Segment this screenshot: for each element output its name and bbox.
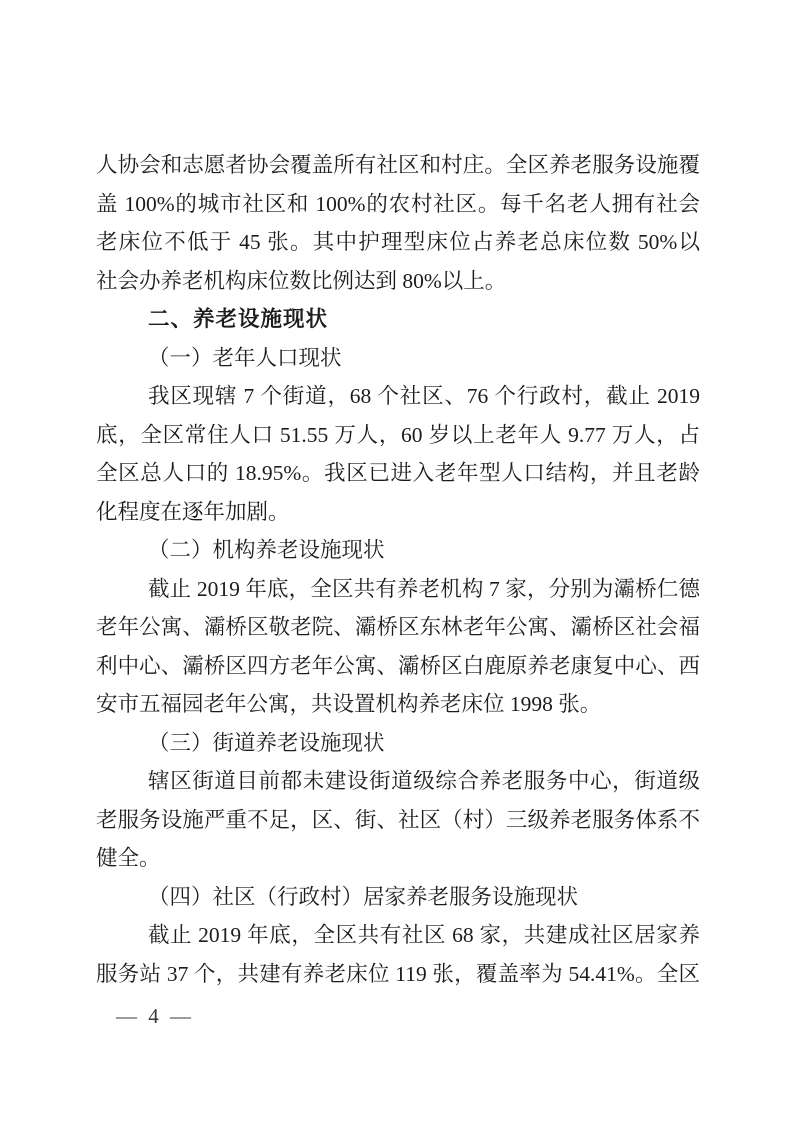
text-line: （三）街道养老设施现状 bbox=[96, 724, 700, 763]
text-line: 人协会和志愿者协会覆盖所有社区和村庄。全区养老服务设施覆 bbox=[96, 146, 700, 185]
body-paragraph: 我区现辖 7 个街道，68 个社区、76 个行政村，截止 2019 年底，全区常… bbox=[96, 377, 700, 531]
subsection-heading: （一）老年人口现状 bbox=[96, 339, 700, 378]
subsection-heading: （二）机构养老设施现状 bbox=[96, 531, 700, 570]
subsection-heading: （三）街道养老设施现状 bbox=[96, 724, 700, 763]
text-line: 老服务设施严重不足，区、街、社区（村）三级养老服务体系不 bbox=[96, 801, 700, 840]
body-paragraph: 辖区街道目前都未建设街道级综合养老服务中心，街道级养老服务设施严重不足，区、街、… bbox=[96, 762, 700, 878]
text-line: 利中心、灞桥区四方老年公寓、灞桥区白鹿原养老康复中心、西 bbox=[96, 647, 700, 686]
body-paragraph: 截止 2019 年底，全区共有养老机构 7 家，分别为灞桥仁德老年公寓、灞桥区敬… bbox=[96, 570, 700, 724]
body-paragraph: 人协会和志愿者协会覆盖所有社区和村庄。全区养老服务设施覆盖 100%的城市社区和… bbox=[96, 146, 700, 300]
text-line: 底，全区常住人口 51.55 万人，60 岁以上老年人 9.77 万人，占 bbox=[96, 416, 700, 455]
text-line: （四）社区（行政村）居家养老服务设施现状 bbox=[96, 878, 700, 917]
document-body: 人协会和志愿者协会覆盖所有社区和村庄。全区养老服务设施覆盖 100%的城市社区和… bbox=[96, 146, 700, 993]
subsection-heading: （四）社区（行政村）居家养老服务设施现状 bbox=[96, 878, 700, 917]
body-paragraph: 截止 2019 年底，全区共有社区 68 家，共建成社区居家养老服务站 37 个… bbox=[96, 916, 700, 993]
text-line: 我区现辖 7 个街道，68 个社区、76 个行政村，截止 2019 年 bbox=[96, 377, 700, 416]
text-line: （一）老年人口现状 bbox=[96, 339, 700, 378]
text-line: 健全。 bbox=[96, 839, 700, 878]
text-line: （二）机构养老设施现状 bbox=[96, 531, 700, 570]
text-line: 截止 2019 年底，全区共有养老机构 7 家，分别为灞桥仁德 bbox=[96, 570, 700, 609]
page-number: — 4 — bbox=[116, 1002, 194, 1030]
text-line: 老年公寓、灞桥区敬老院、灞桥区东林老年公寓、灞桥区社会福 bbox=[96, 608, 700, 647]
text-line: 化程度在逐年加剧。 bbox=[96, 493, 700, 532]
text-line: 二、养老设施现状 bbox=[96, 300, 700, 339]
text-line: 老床位不低于 45 张。其中护理型床位占养老总床位数 50%以上， bbox=[96, 223, 700, 262]
document-page: 人协会和志愿者协会覆盖所有社区和村庄。全区养老服务设施覆盖 100%的城市社区和… bbox=[0, 0, 793, 1122]
text-line: 全区总人口的 18.95%。我区已进入老年型人口结构，并且老龄 bbox=[96, 454, 700, 493]
text-line: 服务站 37 个，共建有养老床位 119 张，覆盖率为 54.41%。全区 bbox=[96, 955, 700, 994]
text-line: 辖区街道目前都未建设街道级综合养老服务中心，街道级养 bbox=[96, 762, 700, 801]
text-line: 安市五福园老年公寓，共设置机构养老床位 1998 张。 bbox=[96, 685, 700, 724]
text-line: 社会办养老机构床位数比例达到 80%以上。 bbox=[96, 262, 700, 301]
text-line: 截止 2019 年底，全区共有社区 68 家，共建成社区居家养老 bbox=[96, 916, 700, 955]
section-heading: 二、养老设施现状 bbox=[96, 300, 700, 339]
text-line: 盖 100%的城市社区和 100%的农村社区。每千名老人拥有社会养 bbox=[96, 185, 700, 224]
